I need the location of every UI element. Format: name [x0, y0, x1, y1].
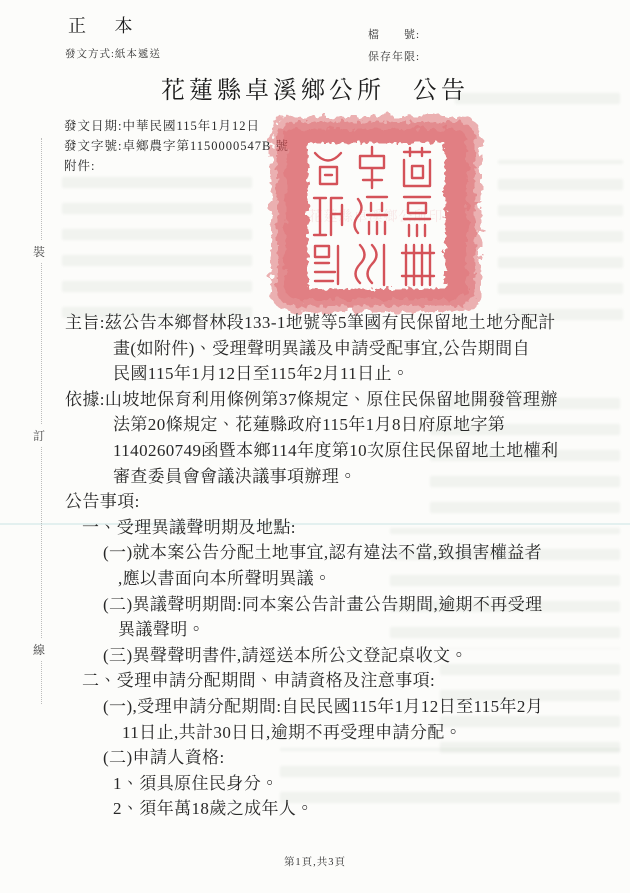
- file-retention-block: 檔 號: 保存年限:: [368, 24, 420, 68]
- body-line: 1140260749函暨本鄉114年度第10次原住民保留地土地權利: [0, 438, 630, 464]
- body-line: (一),受理申請分配期間:自民民國115年1月12日至115年2月: [0, 694, 630, 720]
- file-number-label: 檔 號:: [368, 24, 420, 46]
- body-line: 依據:山坡地保育利用條例第37條規定、原住民保留地開發管理辦: [0, 387, 630, 413]
- retention-period-label: 保存年限:: [368, 46, 420, 68]
- body-line: 公告事項:: [0, 489, 630, 515]
- body-line: (一)就本案公告分配土地事宜,認有違法不當,致損害權益者: [0, 540, 630, 566]
- scanned-announcement-page: { "page": { "copy_type": "正 本", "deliver…: [0, 0, 630, 893]
- body-line: 畫(如附件)、受理聲明異議及申請受配事宜,公告期間自: [0, 336, 630, 362]
- delivery-method-label: 發文方式:紙本遞送: [65, 46, 161, 61]
- body-line: 異議聲明。: [0, 617, 630, 643]
- body-line: 1、須具原住民身分。: [0, 771, 630, 797]
- body-line: 一、受理異議聲明期及地點:: [0, 515, 630, 541]
- body-line: 審查委員會會議決議事項辦理。: [0, 464, 630, 490]
- body-line: (二)申請人資格:: [0, 745, 630, 771]
- body-line: (二)異議聲明期間:同本案公告計畫公告期間,逾期不再受理: [0, 592, 630, 618]
- body-line: 二、受理申請分配期間、申請資格及注意事項:: [0, 668, 630, 694]
- doc-number: 發文字號:卓鄉農字第1150000547B 號: [64, 136, 289, 154]
- body-line: 民國115年1月12日至115年2月11日止。: [0, 361, 630, 387]
- page-number: 第1頁,共3頁: [0, 854, 630, 869]
- seal-text: 花蓮縣卓溪鄉公所印: [309, 208, 444, 225]
- body-line: 2、須年萬18歲之成年人。: [0, 796, 630, 822]
- body-line: (三)異聲聲明書件,請逕送本所公文登記桌收文。: [0, 643, 630, 669]
- body-line: ,應以書面向本所聲明異議。: [0, 566, 630, 592]
- bleedthrough-smudge: [62, 168, 252, 318]
- attachment-label: 附件:: [64, 156, 95, 174]
- document-title: 花蓮縣卓溪鄉公所 公告: [0, 70, 630, 105]
- body-line: 11日止,共計30日日,逾期不再受理申請分配。: [0, 720, 630, 746]
- copy-type-label: 正 本: [68, 12, 145, 38]
- official-seal: 花蓮縣卓溪鄉公所印: [263, 111, 489, 318]
- bleedthrough-smudge: [498, 160, 623, 320]
- body-line: 主旨:茲公告本鄉督林段133-1地號等5筆國有民保留地土地分配計: [0, 310, 630, 336]
- body-lines: 主旨:茲公告本鄉督林段133-1地號等5筆國有民保留地土地分配計畫(如附件)、受…: [0, 310, 630, 822]
- binding-mark-zhuang: 裝: [33, 240, 45, 263]
- issue-date: 發文日期:中華民國115年1月12日: [64, 116, 260, 134]
- body-line: 法第20條規定、花蓮縣政府115年1月8日府原地字第: [0, 412, 630, 438]
